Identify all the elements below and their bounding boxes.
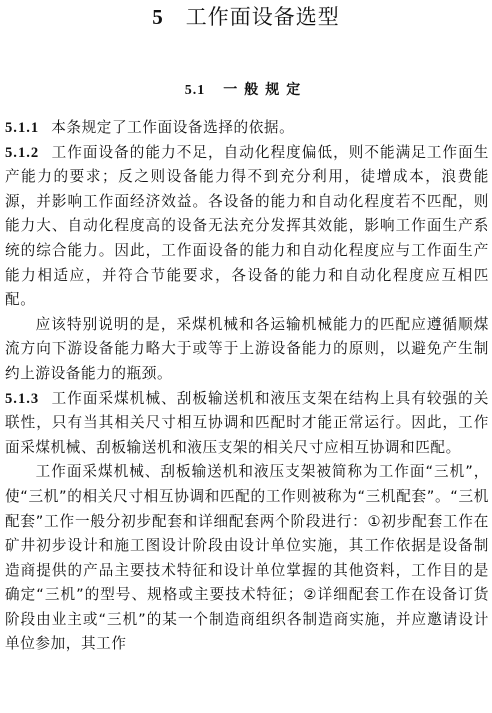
clause-number: 5.1.2 [5,145,39,161]
section-heading: 5.1一般规定 [0,80,492,101]
section-title: 一般规定 [223,82,307,98]
chapter-title: 工作面设备选型 [186,5,340,29]
chapter-heading: 5工作面设备选型 [0,2,492,32]
paragraph-text: 工作面采煤机械、刮板输送机和液压支架在结构上具有较强的关联性，只有当其相关尺寸相… [5,390,489,456]
paragraph-text: 本条规定了工作面设备选择的依据。 [51,119,294,136]
paragraph-text: 应该特别说明的是，采煤机械和各运输机械能力的匹配应遵循顺煤流方向下游设备能力略大… [5,316,489,382]
clause-paragraph-5-1-2: 5.1.2工作面设备的能力不足，自动化程度偏低，则不能满足工作面生产能力的要求；… [5,141,489,313]
chapter-number: 5 [152,5,164,29]
section-number: 5.1 [185,83,206,98]
explanation-paragraph: 应该特别说明的是，采煤机械和各运输机械能力的匹配应遵循顺煤流方向下游设备能力略大… [5,313,489,387]
clause-paragraph-5-1-1: 5.1.1本条规定了工作面设备选择的依据。 [5,116,489,141]
clause-number: 5.1.1 [5,120,39,136]
paragraph-text: 工作面采煤机械、刮板输送机和液压支架被简称为工作面“三机”，使“三机”的相关尺寸… [5,463,489,652]
document-page: 5工作面设备选型 5.1一般规定 5.1.1本条规定了工作面设备选择的依据。 5… [0,0,492,713]
explanation-paragraph: 工作面采煤机械、刮板输送机和液压支架被简称为工作面“三机”，使“三机”的相关尺寸… [5,460,489,657]
clause-number: 5.1.3 [5,391,39,407]
body-text: 5.1.1本条规定了工作面设备选择的依据。 5.1.2工作面设备的能力不足，自动… [5,116,489,657]
paragraph-text: 工作面设备的能力不足，自动化程度偏低，则不能满足工作面生产能力的要求；反之则设备… [5,144,489,309]
clause-paragraph-5-1-3: 5.1.3工作面采煤机械、刮板输送机和液压支架在结构上具有较强的关联性，只有当其… [5,387,489,461]
